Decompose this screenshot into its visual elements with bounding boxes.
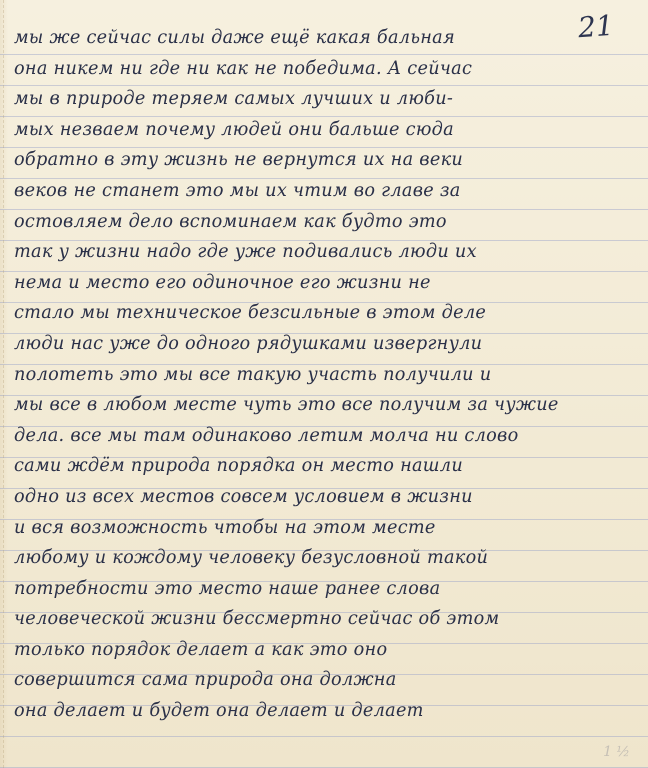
text-line-content: обратно в эту жизнь не вернутся их на ве…: [14, 144, 463, 175]
text-line: она делает и будет она делает и делает: [14, 695, 634, 726]
text-line: мы в природе теряем самых лучших и люби-: [14, 83, 634, 114]
text-line: совершится сама природа она должна: [14, 664, 634, 695]
text-line: только порядок делает а как это оно: [14, 634, 634, 665]
text-line-content: любому и кождому человеку безусловной та…: [14, 542, 488, 573]
text-line-content: она никем ни где ни как не победима. А с…: [14, 53, 472, 84]
text-line: мы все в любом месте чуть это все получи…: [14, 389, 634, 420]
text-line: одно из всех местов совсем условием в жи…: [14, 481, 634, 512]
text-line-content: сами ждём природа порядка он место нашли: [14, 450, 463, 481]
bleed-through-mark: 1 ½: [603, 744, 630, 760]
text-line: остовляем дело вспоминаем как будто это: [14, 206, 634, 237]
text-line-content: совершится сама природа она должна: [14, 664, 397, 695]
text-line: нема и место его одиночное его жизни не: [14, 267, 634, 298]
text-line: потребности это место наше ранее слова: [14, 573, 634, 604]
text-line: мы же сейчас силы даже ещё какая бальная: [14, 22, 634, 53]
text-line: она никем ни где ни как не победима. А с…: [14, 53, 634, 84]
text-line: обратно в эту жизнь не вернутся их на ве…: [14, 144, 634, 175]
text-line: любому и кождому человеку безусловной та…: [14, 542, 634, 573]
text-line-content: мы все в любом месте чуть это все получи…: [14, 389, 559, 420]
text-line-content: полотеть это мы все такую участь получил…: [14, 359, 491, 390]
text-line-content: дела. все мы там одинаково летим молча н…: [14, 420, 519, 451]
text-line-content: мых незваем почему людей они бальше сюда: [14, 114, 454, 145]
text-line-content: стало мы техническое безсильные в этом д…: [14, 297, 486, 328]
text-line: так у жизни надо где уже подивались люди…: [14, 236, 634, 267]
page-edge: [3, 0, 6, 768]
text-line-content: люди нас уже до одного рядушками извергн…: [14, 328, 482, 359]
text-line: человеческой жизни бессмертно сейчас об …: [14, 603, 634, 634]
text-line: мых незваем почему людей они бальше сюда: [14, 114, 634, 145]
text-line: дела. все мы там одинаково летим молча н…: [14, 420, 634, 451]
text-line: полотеть это мы все такую участь получил…: [14, 359, 634, 390]
text-line-content: она делает и будет она делает и делает: [14, 695, 424, 726]
text-line-content: человеческой жизни бессмертно сейчас об …: [14, 603, 499, 634]
text-line: люди нас уже до одного рядушками извергн…: [14, 328, 634, 359]
text-line-content: одно из всех местов совсем условием в жи…: [14, 481, 473, 512]
text-line-content: остовляем дело вспоминаем как будто это: [14, 206, 447, 237]
handwritten-text-block: мы же сейчас силы даже ещё какая бальная…: [14, 22, 634, 726]
text-line-content: мы в природе теряем самых лучших и люби-: [14, 83, 453, 114]
text-line: стало мы техническое безсильные в этом д…: [14, 297, 634, 328]
notebook-page: 21 мы же сейчас силы даже ещё какая баль…: [0, 0, 648, 768]
text-line-content: веков не станет это мы их чтим во главе …: [14, 175, 461, 206]
text-line-content: нема и место его одиночное его жизни не: [14, 267, 431, 298]
text-line-content: и вся возможность чтобы на этом месте: [14, 512, 436, 543]
text-line: веков не станет это мы их чтим во главе …: [14, 175, 634, 206]
text-line-content: только порядок делает а как это оно: [14, 634, 387, 665]
text-line: и вся возможность чтобы на этом месте: [14, 512, 634, 543]
text-line-content: так у жизни надо где уже подивались люди…: [14, 236, 477, 267]
text-line-content: мы же сейчас силы даже ещё какая бальная: [14, 22, 455, 53]
text-line: сами ждём природа порядка он место нашли: [14, 450, 634, 481]
text-line-content: потребности это место наше ранее слова: [14, 573, 440, 604]
